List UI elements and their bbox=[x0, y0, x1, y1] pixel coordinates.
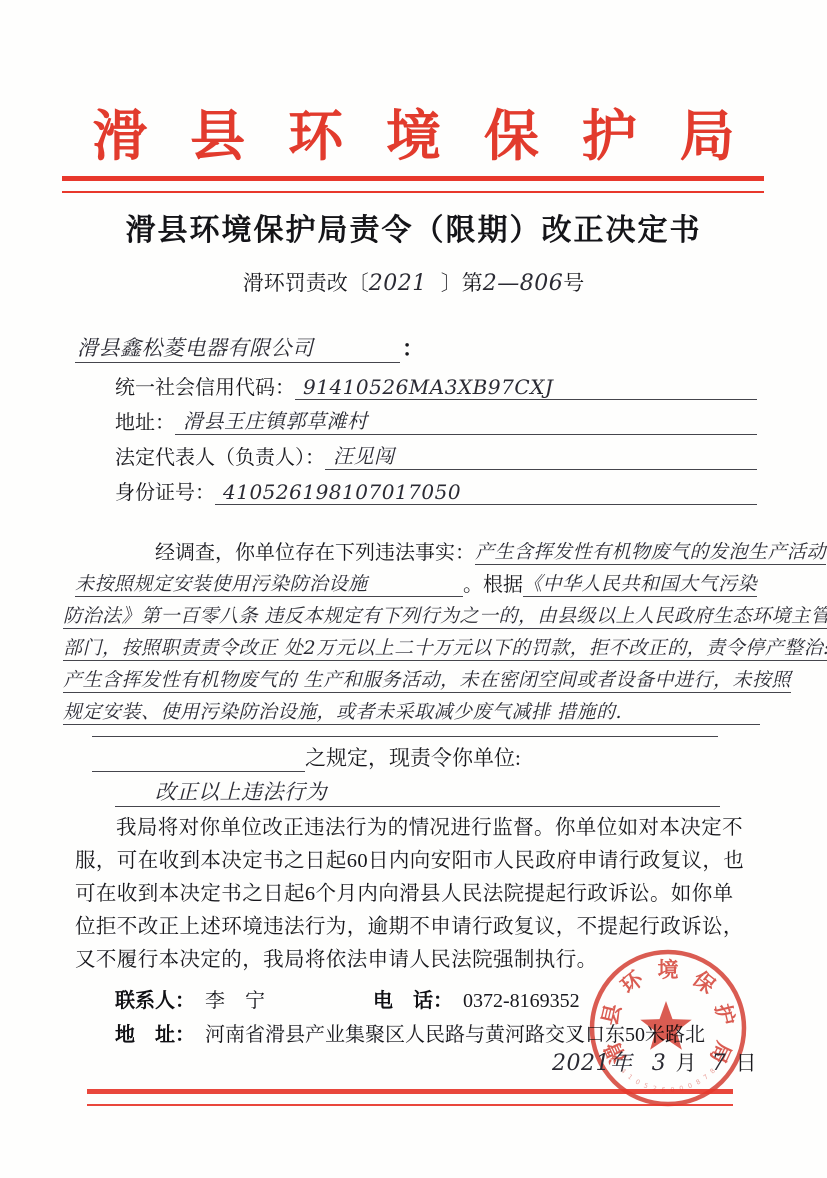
order-clause-text: 之规定，现责令你单位: bbox=[305, 742, 521, 772]
id-number-value-handwritten: 410526198107017050 bbox=[215, 480, 757, 505]
svg-text:县: 县 bbox=[597, 1002, 625, 1028]
id-number-label: 身份证号： bbox=[115, 476, 215, 505]
scanned-official-document: 滑县环境保护局 滑县环境保护局责令（限期）改正决定书 滑环罚责改〔2021〕第2… bbox=[0, 0, 827, 1178]
agency-letterhead: 滑县环境保护局 bbox=[0, 92, 827, 171]
facts-handwritten-2a: 未按照规定安装使用污染防治设施 bbox=[75, 569, 463, 597]
field-id-number: 身份证号： 410526198107017050 bbox=[115, 475, 757, 505]
field-credit-code: 统一社会信用代码： 91410526MA3XB97CXJ bbox=[115, 370, 757, 400]
paragraph-line-4: 位拒不改正上述环境违法行为，逾期不申请行政复议，不提起行政诉讼， bbox=[75, 911, 757, 944]
address-value-handwritten: 滑县王庄镇郭草滩村 bbox=[175, 405, 757, 435]
contact-phone-number: 0372-8169352 bbox=[463, 990, 580, 1012]
date-month-handwritten: 3 bbox=[652, 1051, 667, 1076]
facts-line-4: 部门，按照职责责令改正 处2万元以上二十万元以下的罚款，拒不改正的，责令停产整治… bbox=[63, 629, 760, 661]
doc-no-prefix: 滑环罚责改〔 bbox=[243, 271, 369, 295]
facts-handwritten-2b: 《中华人民共和国大气污染 bbox=[523, 569, 757, 597]
doc-no-serial-handwritten: 2—806 bbox=[483, 271, 564, 296]
facts-genju: 。根据 bbox=[463, 568, 523, 597]
contact-person-name: 李 宁 bbox=[205, 990, 265, 1012]
field-legal-representative: 法定代表人（负责人）： 汪见闯 bbox=[115, 440, 757, 470]
order-handwritten: 改正以上违法行为 bbox=[115, 776, 327, 806]
doc-no-bracket: 〕第 bbox=[441, 271, 483, 295]
official-red-seal: 滑县环境保护局 410526000878 bbox=[583, 943, 753, 1113]
date-month-unit: 月 bbox=[676, 1051, 697, 1075]
facts-lead: 经调查，你单位存在下列违法事实： bbox=[75, 536, 475, 565]
contact-phone-label: 电 话： bbox=[373, 990, 453, 1012]
paragraph-line-2: 服，可在收到本决定书之日起60日内向安阳市人民政府申请行政复议，也 bbox=[75, 845, 757, 878]
office-address-label: 地 址： bbox=[115, 1024, 195, 1046]
document-number: 滑环罚责改〔2021〕第2—806号 bbox=[0, 267, 827, 297]
field-address: 地址： 滑县王庄镇郭草滩村 bbox=[115, 405, 757, 435]
svg-text:0: 0 bbox=[634, 1078, 642, 1087]
letterhead-divider-line bbox=[62, 176, 764, 193]
order-line: 改正以上违法行为 bbox=[115, 778, 720, 807]
legal-representative-value-handwritten: 汪见闯 bbox=[325, 440, 757, 470]
date-day-unit: 日 bbox=[736, 1051, 757, 1075]
doc-no-suffix: 号 bbox=[563, 271, 584, 295]
doc-no-year-handwritten: 2021 bbox=[369, 271, 427, 296]
svg-text:保: 保 bbox=[688, 967, 719, 999]
credit-code-label: 统一社会信用代码： bbox=[115, 371, 295, 400]
blank-underline bbox=[92, 743, 305, 772]
credit-code-value-handwritten: 91410526MA3XB97CXJ bbox=[295, 375, 757, 400]
date-line: 2021年 3 月 7 日 bbox=[552, 1046, 761, 1077]
date-day-handwritten: 7 bbox=[712, 1051, 727, 1076]
facts-line-6: 规定安装、使用污染防治设施，或者未采取减少废气减排 措施的. bbox=[63, 693, 760, 725]
seal-star-icon bbox=[640, 1001, 691, 1050]
paragraph-line-1: 我局将对你单位改正违法行为的情况进行监督。你单位如对本决定不 bbox=[75, 812, 757, 845]
legal-representative-label: 法定代表人（负责人）： bbox=[115, 441, 325, 470]
facts-handwritten-1: 产生含挥发性有机物废气的发泡生产活动 bbox=[475, 537, 826, 565]
svg-text:境: 境 bbox=[658, 958, 679, 982]
order-clause-line: 之规定，现责令你单位: bbox=[92, 744, 757, 772]
contact-line: 联系人：李 宁 电 话：0372-8169352 bbox=[115, 984, 265, 1012]
empty-writing-line bbox=[92, 736, 718, 737]
paragraph-line-3: 可在收到本决定书之日起6个月内向滑县人民法院提起行政诉讼。如你单 bbox=[75, 878, 757, 911]
svg-text:8: 8 bbox=[695, 1078, 703, 1087]
facts-line-5: 产生含挥发性有机物废气的 生产和服务活动，未在密闭空间或者设备中进行，未按照 bbox=[63, 661, 760, 693]
date-year-handwritten: 2021年 bbox=[552, 1051, 633, 1076]
facts-line-2: 未按照规定安装使用污染防治设施 。根据 《中华人民共和国大气污染 bbox=[75, 565, 757, 597]
document-title: 滑县环境保护局责令（限期）改正决定书 bbox=[0, 205, 827, 249]
facts-line-1: 经调查，你单位存在下列违法事实： 产生含挥发性有机物废气的发泡生产活动 bbox=[75, 533, 757, 565]
facts-handwritten-4: 部门，按照职责责令改正 处2万元以上二十万元以下的罚款，拒不改正的，责令停产整治… bbox=[63, 633, 827, 661]
facts-line-3: 防治法》第一百零八条 违反本规定有下列行为之一的，由县级以上人民政府生态环境主管 bbox=[63, 597, 760, 629]
recipient-line: 滑县鑫松菱电器有限公司 ： bbox=[75, 333, 757, 363]
svg-text:护: 护 bbox=[710, 1002, 738, 1028]
facts-handwritten-5: 产生含挥发性有机物废气的 生产和服务活动，未在密闭空间或者设备中进行，未按照 bbox=[63, 665, 791, 693]
recipient-colon: ： bbox=[402, 332, 424, 363]
footer-red-line bbox=[87, 1089, 733, 1106]
recipient-company-handwritten: 滑县鑫松菱电器有限公司 bbox=[75, 332, 400, 363]
facts-handwritten-3: 防治法》第一百零八条 违反本规定有下列行为之一的，由县级以上人民政府生态环境主管 bbox=[63, 601, 827, 629]
address-label: 地址： bbox=[115, 406, 175, 435]
contact-person-label: 联系人： bbox=[115, 990, 195, 1012]
facts-handwritten-6: 规定安装、使用污染防治设施，或者未采取减少废气减排 措施的. bbox=[63, 697, 760, 725]
